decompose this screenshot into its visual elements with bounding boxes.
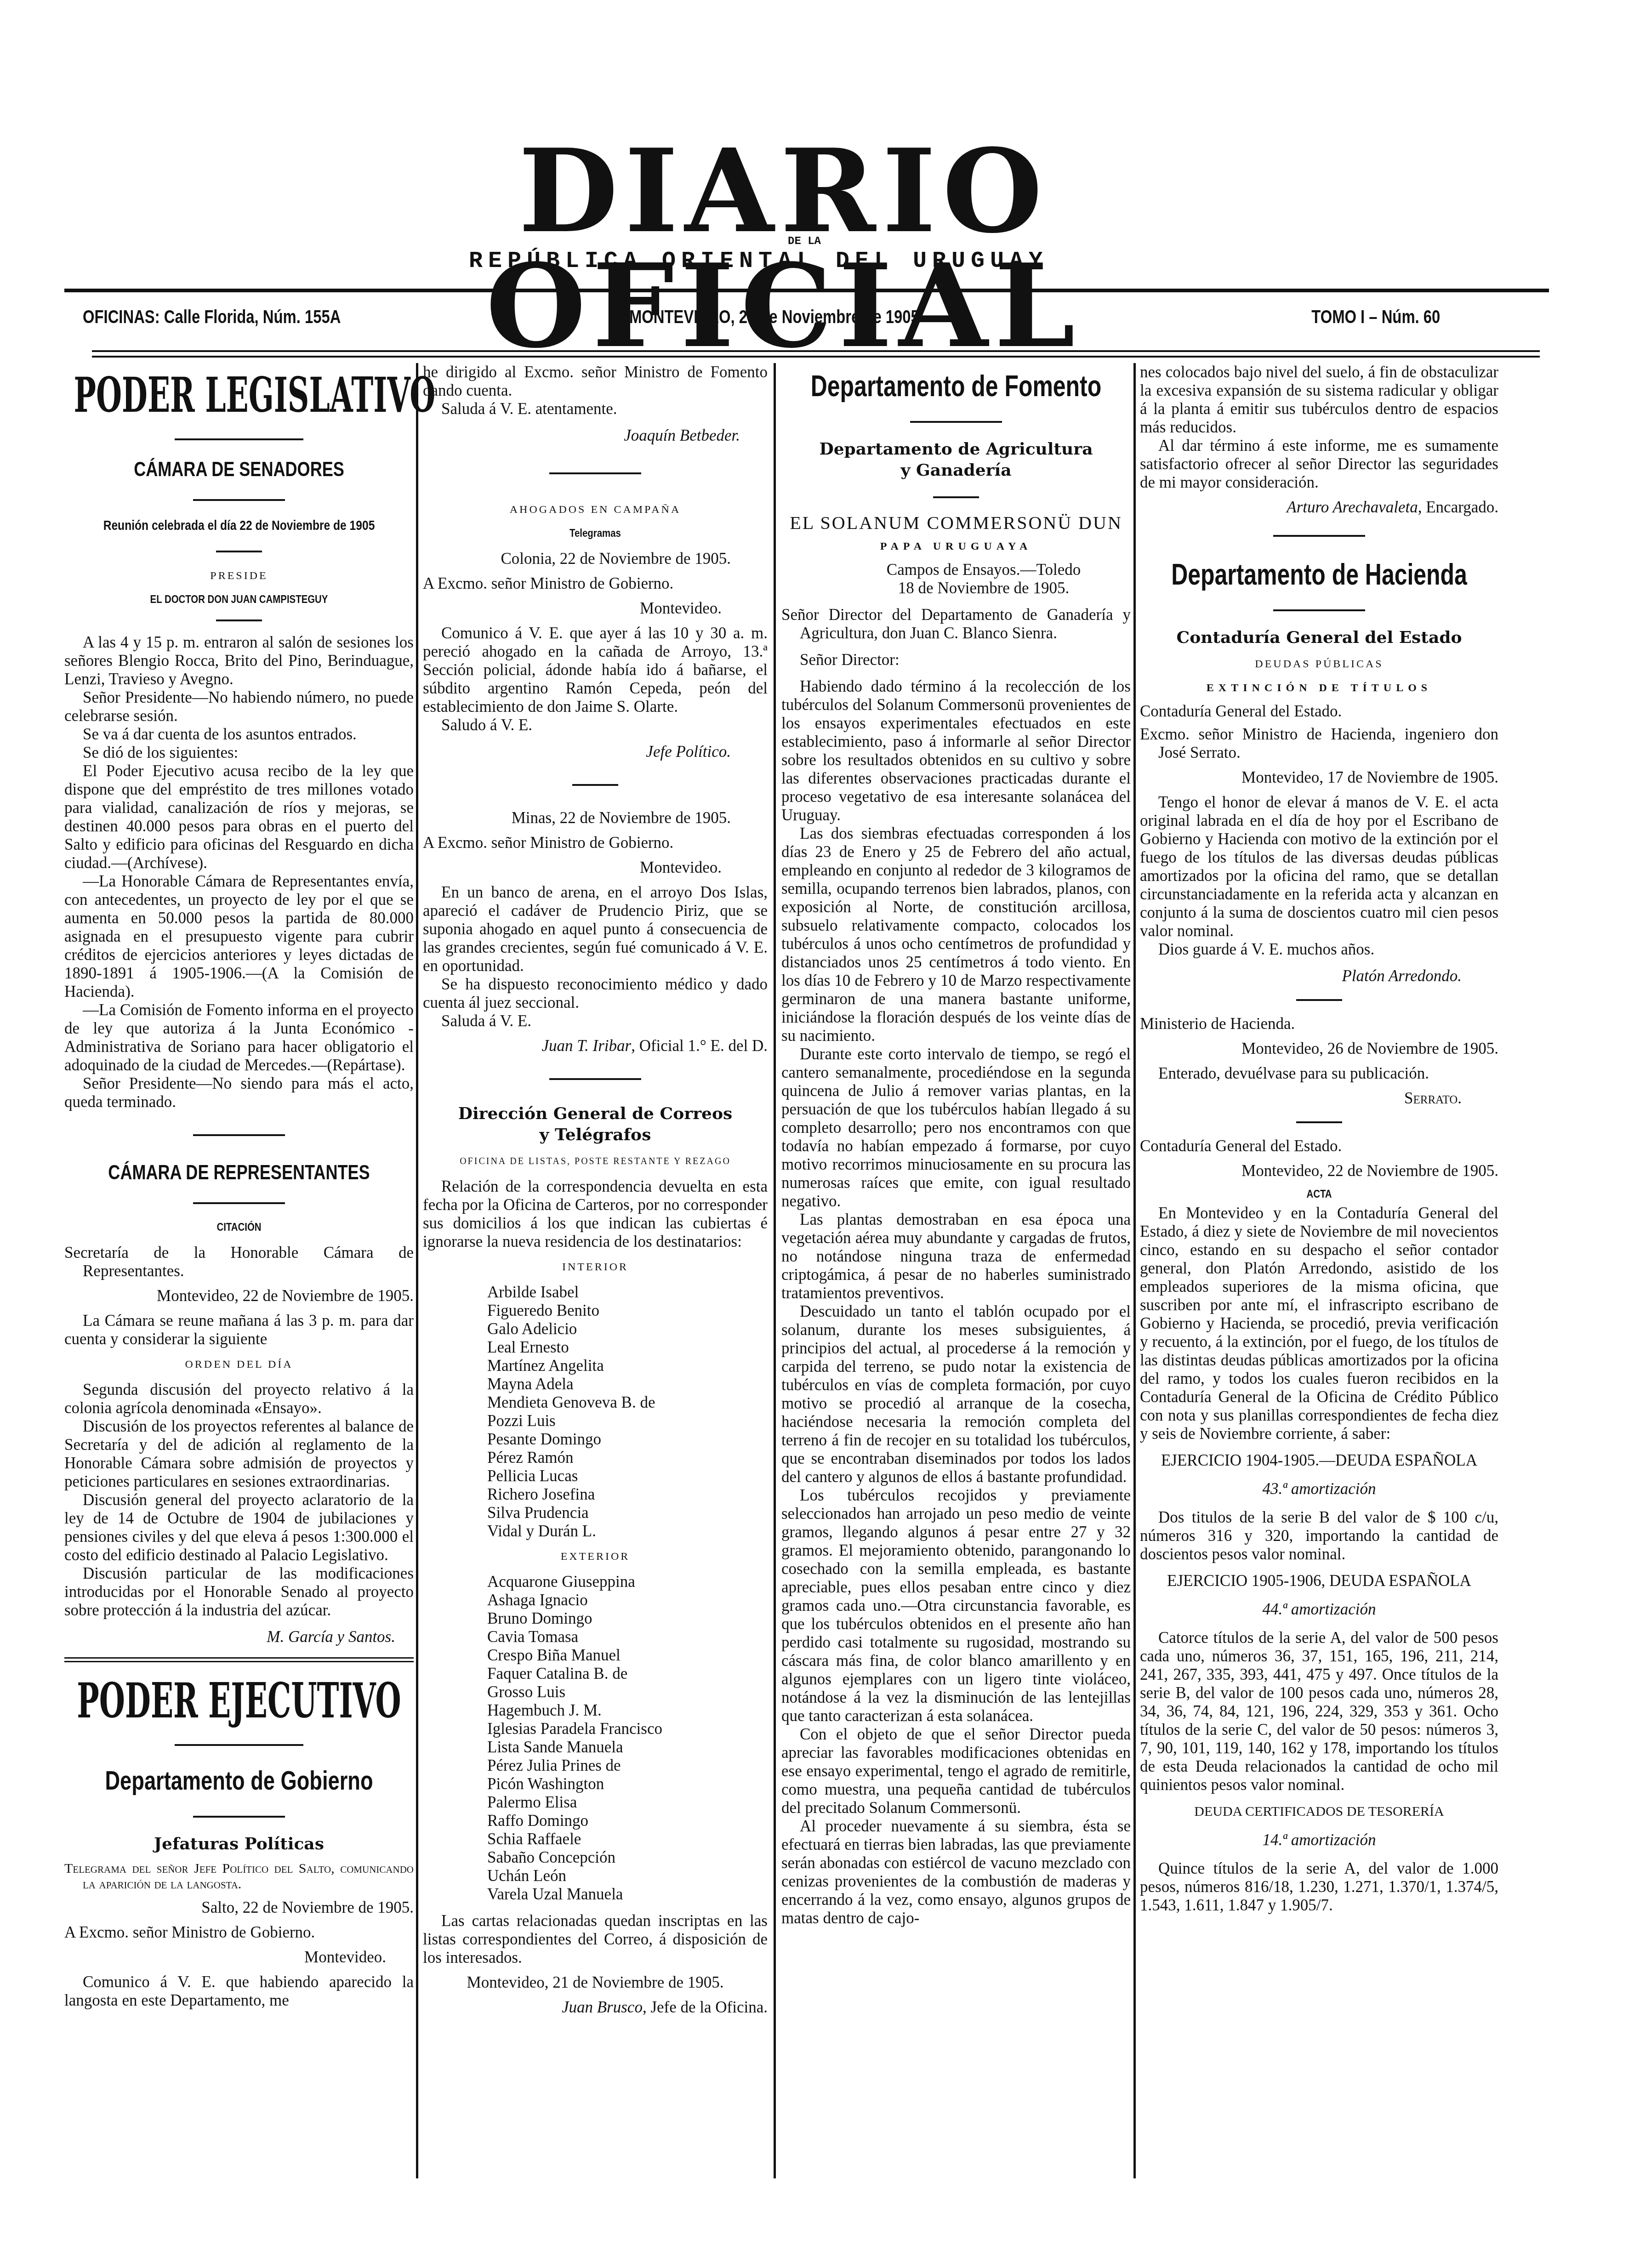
citation-intro: La Cámara se reune mañana á las 3 p. m. … [64, 1312, 414, 1348]
telegram-date: Colonia, 22 de Noviembre de 1905. [423, 550, 731, 568]
divider [549, 1078, 641, 1080]
amortization-label: 14.ª amortización [1140, 1831, 1498, 1849]
agenda-item: Discusión de los proyectos referentes al… [64, 1417, 414, 1491]
telegram-city: Montevideo. [423, 599, 722, 618]
signature: M. García y Santos. [64, 1628, 395, 1646]
signature: Platón Arredondo. [1140, 967, 1462, 985]
senate-paragraph: Se dió de los siguientes: [64, 744, 414, 762]
signature: Juan Brusco [562, 1998, 643, 2016]
recipient-name: Crespo Biña Manuel [487, 1646, 768, 1665]
telegram-addressee: A Excmo. señor Ministro de Gobierno. [64, 1923, 414, 1942]
preside-label: PRESIDE [64, 568, 414, 584]
agenda-item: Discusión particular de las modificacion… [64, 1564, 414, 1620]
recipient-name: Pérez Ramón [487, 1449, 768, 1467]
offices-address: OFICINAS: Calle Florida, Núm. 155A [83, 307, 341, 328]
greeting: Saluda á V. E. atentamente. [423, 400, 768, 418]
recipient-name: Pesante Domingo [487, 1430, 768, 1449]
recipient-name: Cavia Tomasa [487, 1628, 768, 1646]
article-place: Campos de Ensayos.—Toledo [781, 561, 1131, 579]
ejercicio-heading: DEUDA CERTIFICADOS DE TESORERÍA [1140, 1802, 1498, 1821]
exterior-name-list: Acquarone GiuseppinaAshaga IgnacioBruno … [487, 1573, 768, 1904]
signature-line: Juan Brusco, Jefe de la Oficina. [423, 1998, 768, 2017]
acta-label: ACTA [1167, 1187, 1472, 1202]
deputies-heading: CÁMARA DE REPRESENTANTES [66, 1159, 412, 1187]
article-paragraph: Al proceder nuevamente á su siembra, ést… [781, 1817, 1131, 1927]
masthead: DIARIO OFICIAL DE LA REPÚBLICA ORIENTAL … [0, 0, 1640, 349]
divider [1273, 535, 1365, 537]
telegram-city: Montevideo. [423, 858, 722, 877]
department-heading: Departamento de Hacienda [1136, 555, 1502, 594]
post-heading-line2: y Telégrafos [423, 1124, 768, 1145]
recipient-name: Silva Prudencia [487, 1504, 768, 1522]
recipient-name: Pérez Julia Prines de [487, 1756, 768, 1775]
divider [1296, 999, 1342, 1001]
recipient-name: Picón Washington [487, 1775, 768, 1793]
recipient-name: Ashaga Ignacio [487, 1591, 768, 1609]
article-paragraph: Las plantas demostraban en esa época una… [781, 1211, 1131, 1302]
telegram-date: Salto, 22 de Noviembre de 1905. [64, 1899, 414, 1917]
volume-number: TOMO I – Núm. 60 [1311, 307, 1440, 328]
article-title: EL SOLANUM COMMERSONÜ DUN [781, 514, 1131, 532]
telegram-date: Minas, 22 de Noviembre de 1905. [423, 809, 731, 827]
signature-title: , Encargado. [1418, 498, 1498, 516]
signature: Arturo Arechavaleta [1287, 498, 1418, 516]
amortization-label: 43.ª amortización [1140, 1480, 1498, 1498]
article-date: 18 de Noviembre de 1905. [781, 579, 1131, 597]
recipient-name: Grosso Luis [487, 1683, 768, 1701]
agenda-label: ORDEN DEL DÍA [64, 1357, 414, 1372]
divider [175, 438, 303, 440]
signature: Serrato. [1140, 1089, 1462, 1108]
recipient-name: Mayna Adela [487, 1375, 768, 1393]
divider [572, 784, 618, 786]
recipient-name: Uchán León [487, 1867, 768, 1885]
letter-addressee: Excmo. señor Ministro de Hacienda, ingen… [1140, 725, 1498, 762]
recipient-name: Arbilde Isabel [487, 1283, 768, 1302]
senate-paragraph: —La Comisión de Fomento informa en el pr… [64, 1001, 414, 1074]
divider [1296, 1121, 1342, 1123]
senate-paragraph: Señor Presidente—No siendo para más el a… [64, 1074, 414, 1111]
article-subtitle: PAPA URUGUAYA [781, 539, 1131, 554]
acta-body: En Montevideo y en la Contaduría General… [1140, 1204, 1498, 1443]
post-office-label: OFICINA DE LISTAS, POSTE RESTANTE Y REZA… [423, 1154, 768, 1169]
ejercicio-heading: EJERCICIO 1905-1906, DEUDA ESPAÑOLA [1140, 1572, 1498, 1590]
recipient-name: Iglesias Paradela Francisco [487, 1720, 768, 1738]
letter-from: Contaduría General del Estado. [1140, 702, 1498, 721]
title-connector: DE LA [758, 235, 850, 248]
recipient-name: Hagembuch J. M. [487, 1701, 768, 1720]
interior-label: INTERIOR [423, 1259, 768, 1275]
article-closing: Al dar término á este informe, me es sum… [1140, 437, 1498, 492]
column-divider [416, 363, 418, 2178]
amortization-detail: Catorce títulos de la serie A, del valor… [1140, 1629, 1498, 1794]
divider [193, 1202, 285, 1204]
recipient-name: Martínez Angelita [487, 1357, 768, 1375]
recipient-name: Richero Josefina [487, 1485, 768, 1504]
column-4: nes colocados bajo nivel del suelo, á fi… [1140, 363, 1498, 1915]
article-paragraph: Las dos siembras efectuadas corresponden… [781, 824, 1131, 1045]
telegram-body: Comunico á V. E. que habiendo aparecido … [64, 1973, 414, 2010]
recipient-name: Varela Uzal Manuela [487, 1885, 768, 1904]
exterior-label: EXTERIOR [423, 1549, 768, 1564]
newspaper-subtitle: REPÚBLICA ORIENTAL DEL URUGUAY [414, 248, 1103, 274]
citation-label: CITACIÓN [75, 1220, 403, 1235]
column-2: he dirigido al Excmo. señor Ministro de … [423, 363, 768, 2023]
salutation: Señor Director: [781, 651, 1131, 669]
recipient-name: Palermo Elisa [487, 1793, 768, 1812]
recipient-name: Faquer Catalina B. de [487, 1665, 768, 1683]
telegram-body: Comunico á V. E. que ayer á las 10 y 30 … [423, 624, 768, 716]
citation-date: Montevideo, 22 de Noviembre de 1905. [64, 1287, 414, 1305]
amortization-detail: Dos titulos de la serie B del valor de $… [1140, 1508, 1498, 1563]
acta-from: Contaduría General del Estado. [1140, 1137, 1498, 1155]
column-divider [774, 363, 776, 2178]
resolution-date: Montevideo, 26 de Noviembre de 1905. [1140, 1040, 1498, 1058]
signature: Juan T. Iribar [541, 1037, 631, 1055]
article-paragraph: Descuidado un tanto el tablón ocupado po… [781, 1302, 1131, 1486]
amortization-label: 44.ª amortización [1140, 1600, 1498, 1619]
masthead-double-rule [92, 350, 1540, 358]
column-3: Departamento de Fomento Departamento de … [781, 363, 1131, 1927]
divider [933, 496, 979, 498]
president-name: EL DOCTOR DON JUAN CAMPISTEGUY [75, 592, 403, 608]
agenda-item: Segunda discusión del proyecto relativo … [64, 1381, 414, 1417]
post-closing: Las cartas relacionadas quedan inscripta… [423, 1912, 768, 1967]
senate-meeting-date: Reunión celebrada el día 22 de Noviembre… [73, 517, 405, 535]
section-poder-ejecutivo: PODER EJECUTIVO [74, 1673, 404, 1728]
info-bar: OFICINAS: Calle Florida, Núm. 155A MONTE… [83, 307, 1281, 335]
column-1: PODER LEGISLATIVO CÁMARA DE SENADORES Re… [64, 363, 414, 2010]
recipient-name: Sabaño Concepción [487, 1848, 768, 1867]
post-heading: Dirección General de Correos [423, 1103, 768, 1124]
telegram-body: Se ha dispuesto reconocimiento médico y … [423, 975, 768, 1012]
article-paragraph: Con el objeto de que el señor Director p… [781, 1725, 1131, 1817]
amortization-detail: Quince títulos de la serie A, del valor … [1140, 1859, 1498, 1915]
divider [1273, 609, 1365, 611]
article-paragraph: Habiendo dado término á la recolección d… [781, 677, 1131, 824]
signature: Joaquín Betbeder. [423, 426, 740, 445]
ejercicio-heading: EJERCICIO 1904-1905.—DEUDA ESPAÑOLA [1140, 1451, 1498, 1470]
signature-title: , Jefe de la Oficina. [643, 1998, 768, 2016]
subdepartment-heading: Departamento de Agricultura [781, 438, 1131, 460]
section-double-rule [64, 1657, 414, 1662]
greeting: Saluda á V. E. [423, 1012, 768, 1030]
recipient-name: Lista Sande Manuela [487, 1738, 768, 1756]
recipient-name: Pozzi Luis [487, 1412, 768, 1430]
senate-paragraph: El Poder Ejecutivo acusa recibo de la le… [64, 762, 414, 872]
column-divider [1133, 363, 1136, 2178]
divider [193, 499, 285, 501]
signature-title: , Oficial 1.° E. del D. [631, 1037, 768, 1055]
acta-date: Montevideo, 22 de Noviembre de 1905. [1140, 1162, 1498, 1180]
recipient-name: Schia Raffaele [487, 1830, 768, 1848]
signature-line: Arturo Arechavaleta, Encargado. [1140, 498, 1498, 517]
article-paragraph: Durante este corto intervalo de tiempo, … [781, 1045, 1131, 1211]
recipient-name: Acquarone Giuseppina [487, 1573, 768, 1591]
divider [193, 1816, 285, 1818]
interior-name-list: Arbilde IsabelFigueredo BenitoGalo Adeli… [487, 1283, 768, 1540]
continuation-text: nes colocados bajo nivel del suelo, á fi… [1140, 363, 1498, 437]
department-heading: Departamento de Fomento [777, 367, 1135, 405]
resolution-text: Enterado, devuélvase para su publicación… [1140, 1064, 1498, 1083]
issue-date: MONTEVIDEO, 23 de Noviembre de 1905 [629, 307, 919, 328]
secretariat-line: Secretaría de la Honorable Cámara de Rep… [64, 1244, 414, 1280]
letter-body: Tengo el honor de elevar á manos de V. E… [1140, 793, 1498, 940]
telegram-city: Montevideo. [64, 1948, 386, 1967]
recipient-name: Leal Ernesto [487, 1338, 768, 1357]
divider [549, 472, 641, 474]
recipient-name: Pellicia Lucas [487, 1467, 768, 1485]
recipient-name: Bruno Domingo [487, 1609, 768, 1628]
senate-heading: CÁMARA DE SENADORES [66, 456, 412, 483]
senate-paragraph: A las 4 y 15 p. m. entraron al salón de … [64, 633, 414, 688]
office-heading: Contaduría General del Estado [1140, 627, 1498, 648]
telegram-title: Telegrama del señor Jefe Político del Sa… [64, 1861, 414, 1892]
signature: Jefe Político. [423, 743, 731, 761]
debts-label: DEUDAS PÚBLICAS [1140, 656, 1498, 672]
extinction-label: EXTINCIÓN DE TÍTULOS [1140, 680, 1498, 696]
divider [193, 1134, 285, 1136]
telegram-body: En un banco de arena, en el arroyo Dos I… [423, 883, 768, 975]
divider [175, 1744, 303, 1746]
agenda-item: Discusión general del proyecto aclarator… [64, 1491, 414, 1564]
department-heading: Departamento de Gobierno [60, 1762, 418, 1800]
divider [216, 620, 262, 621]
article-addressee: Señor Director del Departamento de Ganad… [781, 606, 1131, 642]
post-date: Montevideo, 21 de Noviembre de 1905. [423, 1973, 768, 1992]
subdepartment-heading-line2: y Ganadería [781, 460, 1131, 481]
letter-date: Montevideo, 17 de Noviembre de 1905. [1140, 768, 1498, 787]
recipient-name: Vidal y Durán L. [487, 1522, 768, 1540]
subsection-heading: Jefaturas Políticas [64, 1833, 414, 1854]
senate-paragraph: Se va á dar cuenta de los asuntos entrad… [64, 725, 414, 744]
telegram-addressee: A Excmo. señor Ministro de Gobierno. [423, 574, 768, 593]
signature-line: Juan T. Iribar, Oficial 1.° E. del D. [423, 1037, 768, 1055]
divider [910, 421, 1002, 423]
telegram-addressee: A Excmo. señor Ministro de Gobierno. [423, 834, 768, 852]
recipient-name: Figueredo Benito [487, 1302, 768, 1320]
post-intro: Relación de la correspondencia devuelta … [423, 1177, 768, 1251]
drowned-heading: AHOGADOS EN CAMPAÑA [423, 502, 768, 517]
section-poder-legislativo: PODER LEGISLATIVO [74, 368, 404, 423]
senate-paragraph: —La Honorable Cámara de Representantes e… [64, 872, 414, 1001]
divider [216, 551, 262, 552]
recipient-name: Mendieta Genoveva B. de [487, 1393, 768, 1412]
article-paragraph: Los tubérculos recojidos y previamente s… [781, 1486, 1131, 1725]
blessing: Dios guarde á V. E. muchos años. [1140, 940, 1498, 959]
continuation-text: he dirigido al Excmo. señor Ministro de … [423, 363, 768, 400]
telegrams-label: Telegramas [433, 526, 757, 541]
ministry-line: Ministerio de Hacienda. [1140, 1015, 1498, 1033]
masthead-rule [64, 289, 1549, 292]
senate-paragraph: Señor Presidente—No habiendo número, no … [64, 688, 414, 725]
greeting: Saludo á V. E. [423, 716, 768, 734]
recipient-name: Galo Adelicio [487, 1320, 768, 1338]
recipient-name: Raffo Domingo [487, 1812, 768, 1830]
